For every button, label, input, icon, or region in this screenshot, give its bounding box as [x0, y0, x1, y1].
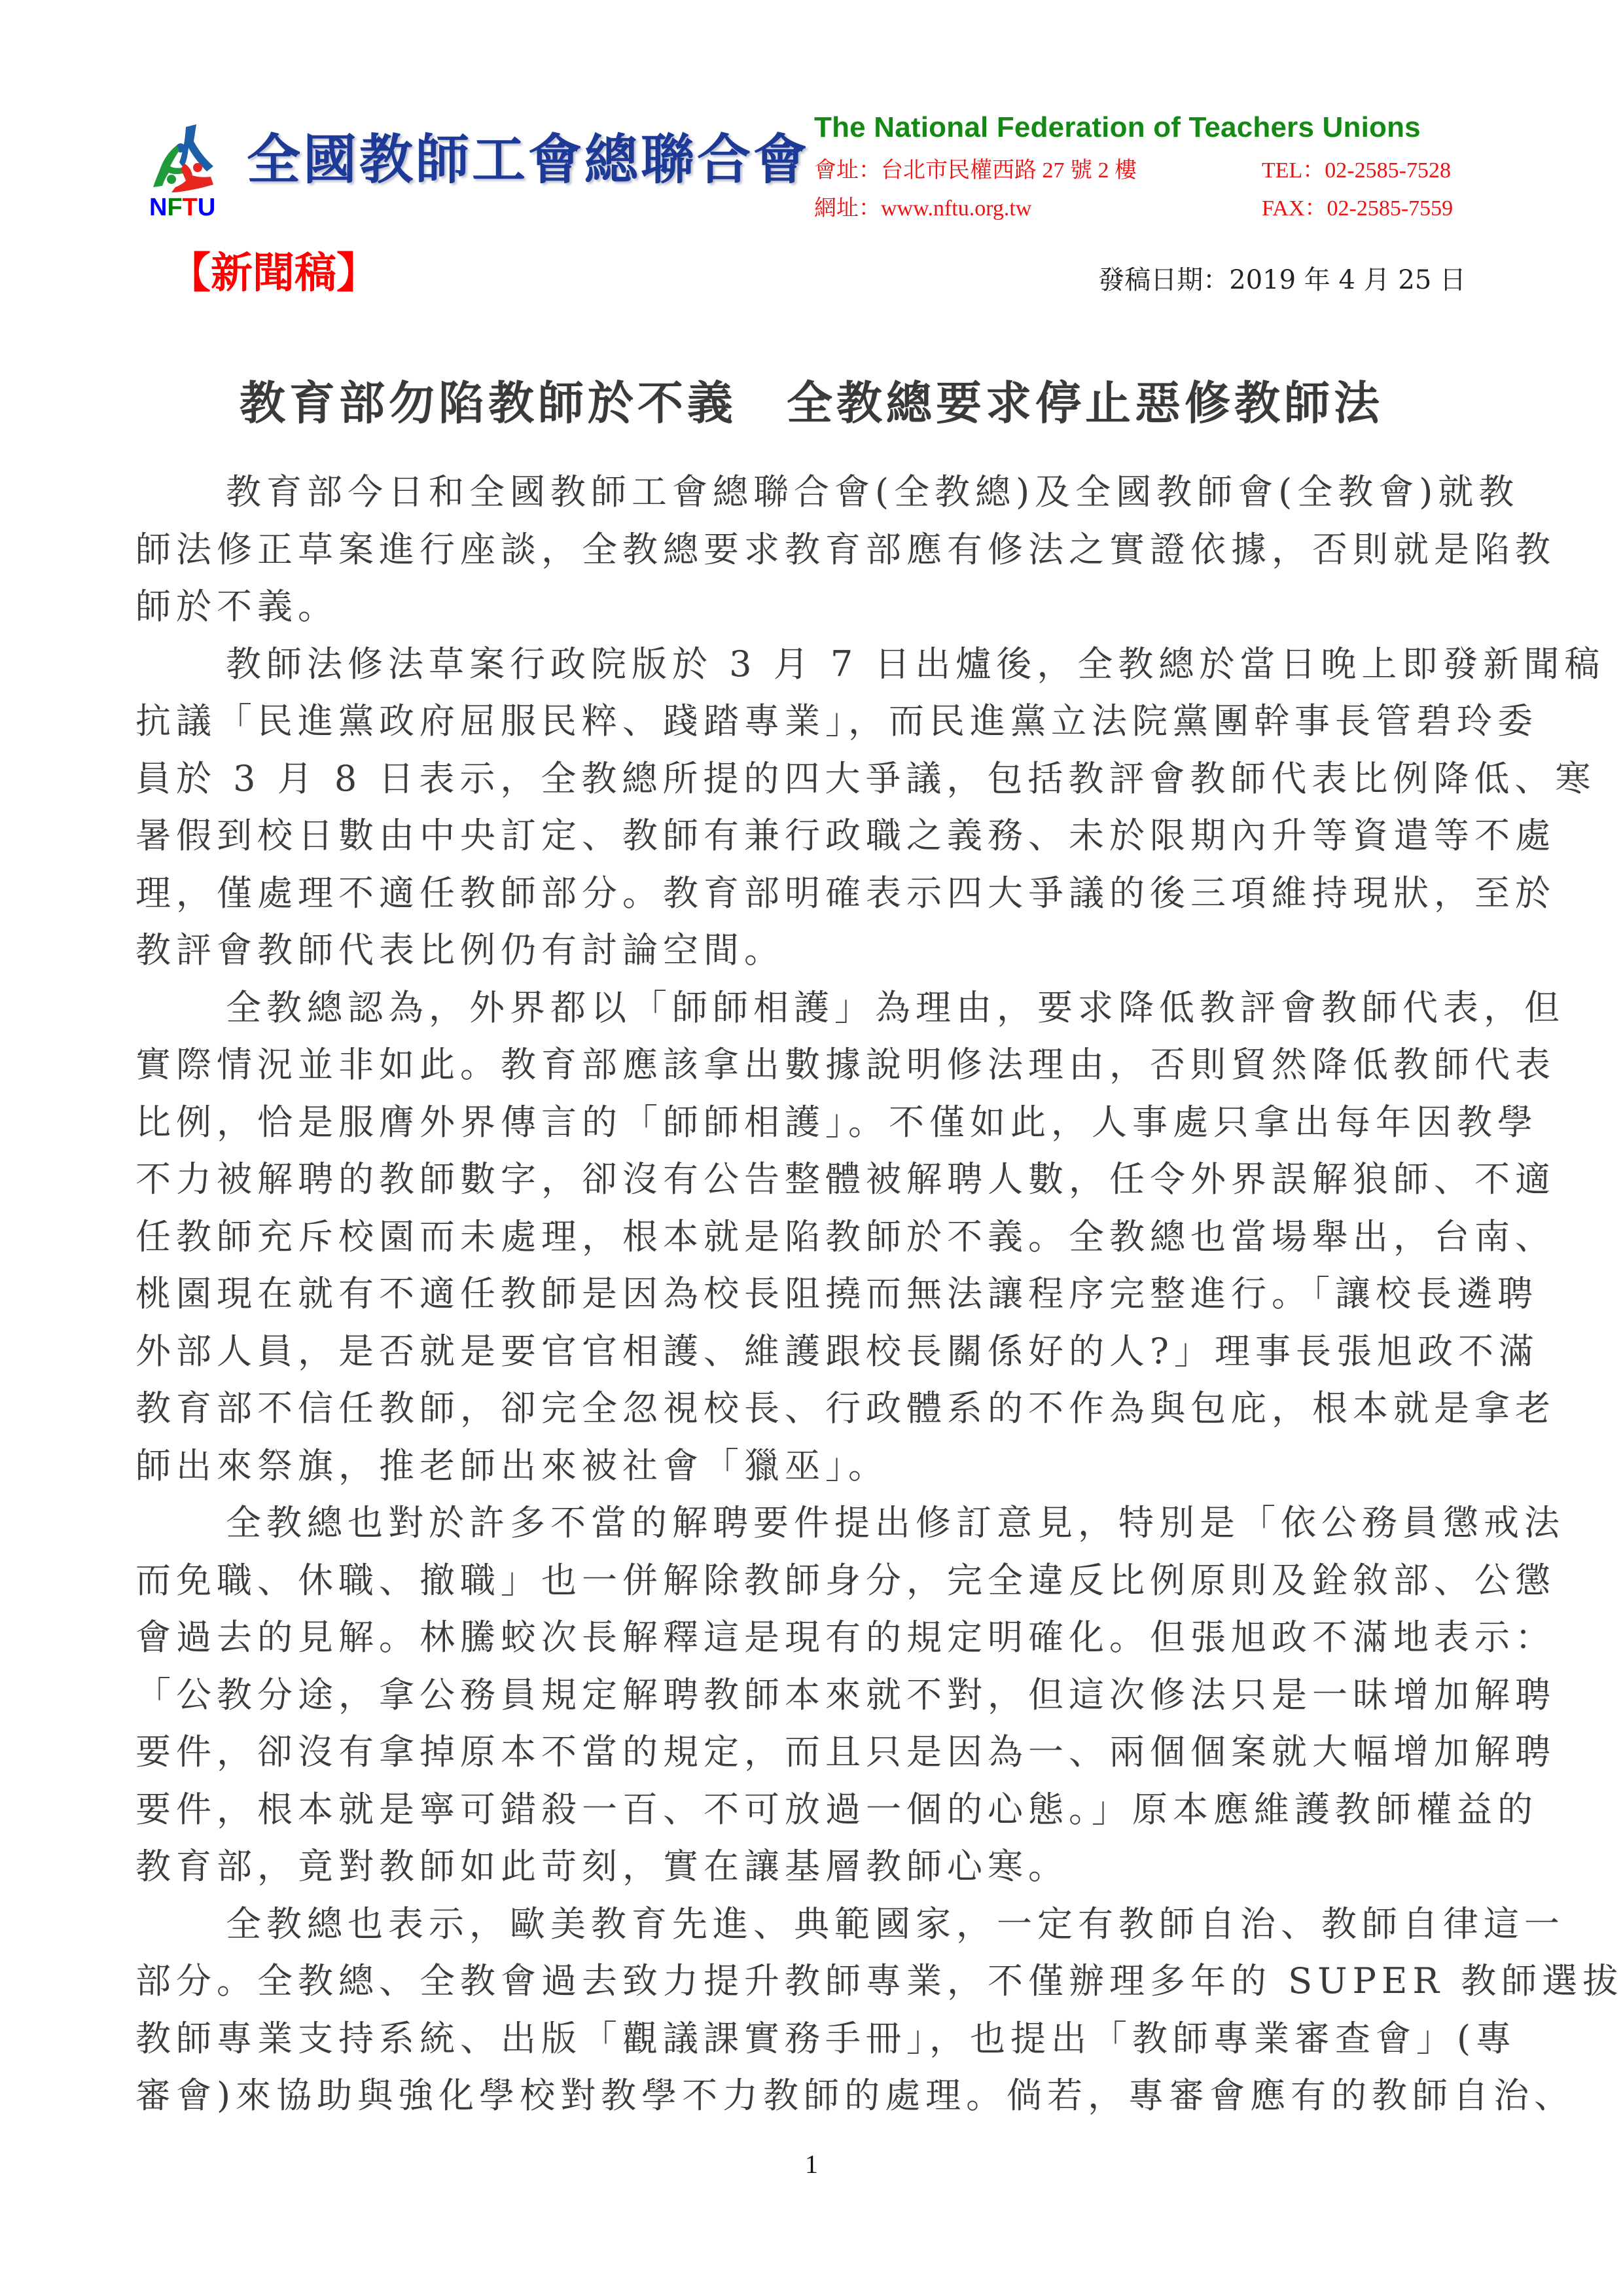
article-paragraph: 教育部今日和全國教師工會總聯合會(全教總)及全國教師會(全教會)就教師法修正草案… [135, 463, 1477, 636]
logo-letter-f: F [167, 195, 182, 220]
article-line: 員於 3 月 8 日表示，全教總所提的四大爭議，包括教評會教師代表比例降低、寒 [135, 750, 1477, 808]
release-date: 發稿日期：2019 年 4 月 25 日 [1098, 259, 1466, 296]
article-paragraph: 全教總也表示，歐美教育先進、典範國家，一定有教師自治、教師自律這一部分。全教總、… [135, 1895, 1477, 2125]
article-line: 教師法修法草案行政院版於 3 月 7 日出爐後，全教總於當日晚上即發新聞稿 [135, 636, 1477, 693]
article-line: 實際情況並非如此。教育部應該拿出數據說明修法理由，否則貿然降低教師代表 [135, 1036, 1477, 1094]
article-line: 暑假到校日數由中央訂定、教師有兼行政職之義務、未於限期內升等資遣等不處 [135, 807, 1477, 865]
article-line: 師法修正草案進行座談，全教總要求教育部應有修法之實證依據，否則就是陷教 [135, 521, 1477, 579]
article-line: 抗議「民進黨政府屈服民粹、踐踏專業」，而民進黨立法院黨團幹事長管碧玲委 [135, 692, 1477, 750]
org-logo: NFTU 全國教師工會總聯合會 [145, 122, 734, 220]
article-line: 全教總認為，外界都以「師師相護」為理由，要求降低教評會教師代表，但 [135, 979, 1477, 1037]
article-body: 教育部今日和全國教師工會總聯合會(全教總)及全國教師會(全教會)就教師法修正草案… [135, 463, 1477, 2125]
article-line: 部分。全教總、全教會過去致力提升教師專業，不僅辦理多年的 SUPER 教師選拔、 [135, 1952, 1477, 2010]
logo-abbreviation: NFTU [149, 195, 215, 220]
article-line: 外部人員，是否就是要官官相護、維護跟校長關係好的人?」理事長張旭政不滿 [135, 1323, 1477, 1380]
logo-letter-n: N [149, 195, 167, 220]
article-line: 會過去的見解。林騰蛟次長解釋這是現有的規定明確化。但張旭政不滿地表示： [135, 1609, 1477, 1666]
article-paragraph: 全教總也對於許多不當的解聘要件提出修訂意見，特別是「依公務員懲戒法而免職、休職、… [135, 1494, 1477, 1895]
org-name-chinese-logotype: 全國教師工會總聯合會 [247, 127, 810, 192]
article-line: 而免職、休職、撤職」也一併解除教師身分，完全違反比例原則及銓敘部、公懲 [135, 1552, 1477, 1609]
article-line: 要件，卻沒有拿掉原本不當的規定，而且只是因為一、兩個個案就大幅增加解聘 [135, 1723, 1477, 1781]
press-release-tag: 【新聞稿】 [169, 247, 378, 300]
org-website: 網址：www.nftu.org.tw [814, 190, 1031, 222]
article-paragraph: 全教總認為，外界都以「師師相護」為理由，要求降低教評會教師代表，但實際情況並非如… [135, 979, 1477, 1495]
article-line: 師出來祭旗，推老師出來被社會「獵巫」。 [135, 1437, 1477, 1495]
article-line: 教育部今日和全國教師工會總聯合會(全教總)及全國教師會(全教會)就教 [135, 463, 1477, 521]
article-line: 全教總也表示，歐美教育先進、典範國家，一定有教師自治、教師自律這一 [135, 1895, 1477, 1953]
article-line: 理，僅處理不適任教師部分。教育部明確表示四大爭議的後三項維持現狀，至於 [135, 865, 1477, 922]
org-telephone: TEL：02-2585-7528 [1262, 152, 1451, 184]
logo-letter-t: T [183, 195, 198, 220]
article-line: 審會)來協助與強化學校對教學不力教師的處理。倘若，專審會應有的教師自治、 [135, 2067, 1477, 2125]
article-line: 「公教分途，拿公務員規定解聘教師本來就不對，但這次修法只是一昧增加解聘 [135, 1666, 1477, 1724]
article-line: 任教師充斥校園而未處理，根本就是陷教師於不義。全教總也當場舉出，台南、 [135, 1208, 1477, 1266]
page-number: 1 [0, 2149, 1623, 2179]
article-line: 教育部不信任教師，卻完全忽視校長、行政體系的不作為與包庇，根本就是拿老 [135, 1380, 1477, 1437]
article-paragraph: 教師法修法草案行政院版於 3 月 7 日出爐後，全教總於當日晚上即發新聞稿抗議「… [135, 636, 1477, 979]
headline: 教育部勿陷教師於不義 全教總要求停止惡修教師法 [0, 367, 1623, 433]
article-line: 不力被解聘的教師數字，卻沒有公告整體被解聘人數，任令外界誤解狼師、不適 [135, 1151, 1477, 1208]
article-line: 全教總也對於許多不當的解聘要件提出修訂意見，特別是「依公務員懲戒法 [135, 1494, 1477, 1552]
article-line: 教育部，竟對教師如此苛刻，實在讓基層教師心寒。 [135, 1838, 1477, 1895]
article-line: 教師專業支持系統、出版「觀議課實務手冊」，也提出「教師專業審查會」(專 [135, 2010, 1477, 2068]
org-name-english: The National Federation of Teachers Unio… [814, 111, 1421, 144]
article-line: 教評會教師代表比例仍有討論空間。 [135, 922, 1477, 979]
article-line: 比例，恰是服膺外界傳言的「師師相護」。不僅如此，人事處只拿出每年因教學 [135, 1094, 1477, 1151]
logo-letter-u: U [198, 195, 215, 220]
article-line: 師於不義。 [135, 578, 1477, 636]
article-line: 桃園現在就有不適任教師是因為校長阻撓而無法讓程序完整進行。「讓校長遴聘 [135, 1265, 1477, 1323]
org-address: 會址：台北市民權西路 27 號 2 樓 [814, 152, 1137, 184]
org-fax: FAX：02-2585-7559 [1262, 190, 1453, 222]
article-line: 要件，根本就是寧可錯殺一百、不可放過一個的心態。」原本應維護教師權益的 [135, 1781, 1477, 1839]
nftu-three-figures-logo-icon [145, 122, 219, 197]
